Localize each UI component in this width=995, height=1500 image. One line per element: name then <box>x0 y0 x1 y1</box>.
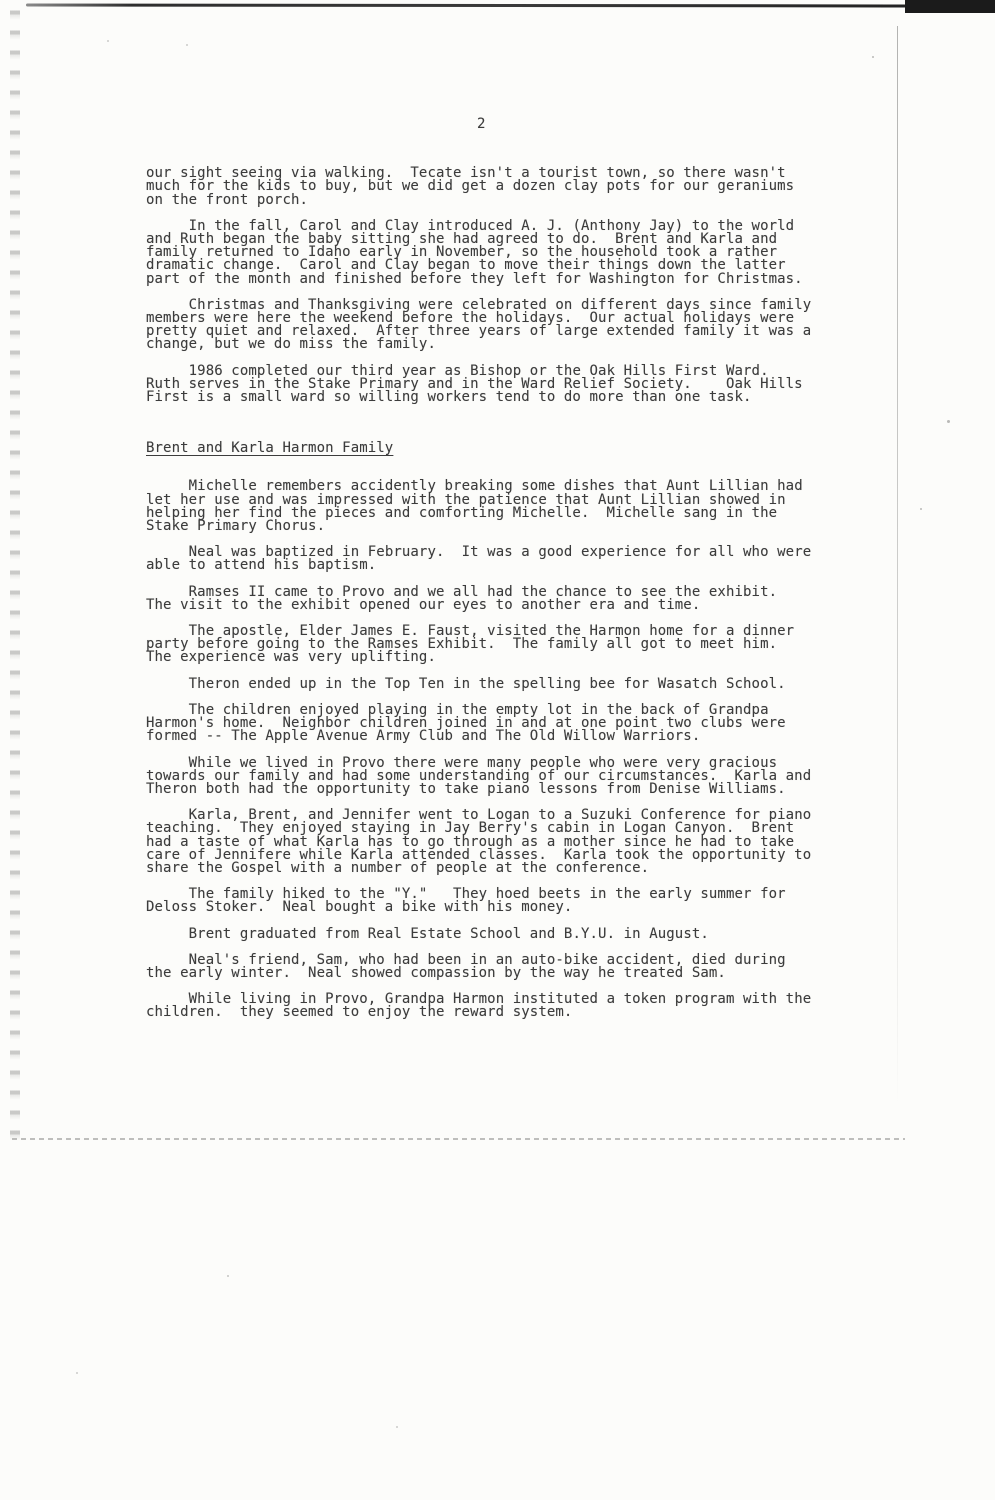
paragraph: The family hiked to the "Y." They hoed b… <box>146 888 891 914</box>
scanned-document-page: 2 our sight seeing via walking. Tecate i… <box>0 0 995 1500</box>
paragraph: The apostle, Elder James E. Faust, visit… <box>146 625 891 665</box>
scan-speck <box>872 56 874 58</box>
scan-speck <box>396 1426 398 1428</box>
paragraph: While living in Provo, Grandpa Harmon in… <box>146 993 891 1019</box>
scanner-edge-corner <box>905 0 995 13</box>
scan-speck <box>186 44 188 46</box>
scan-speck <box>107 40 109 42</box>
paragraph: Christmas and Thanksgiving were celebrat… <box>146 299 891 352</box>
scanner-edge-line <box>26 4 906 8</box>
paragraph: Neal was baptized in February. It was a … <box>146 546 891 572</box>
paragraph: Karla, Brent, and Jennifer went to Logan… <box>146 809 891 875</box>
scan-speck <box>947 420 950 423</box>
left-perforation-marks <box>10 0 20 1140</box>
paragraph: While we lived in Provo there were many … <box>146 757 891 797</box>
paragraph: Ramses II came to Provo and we all had t… <box>146 586 891 612</box>
paragraph: Theron ended up in the Top Ten in the sp… <box>146 678 891 691</box>
paragraph: The children enjoyed playing in the empt… <box>146 704 891 744</box>
scan-speck <box>76 1372 78 1374</box>
paper-right-edge <box>897 26 898 1106</box>
scan-speck <box>920 508 922 510</box>
paragraph: In the fall, Carol and Clay introduced A… <box>146 220 891 286</box>
perforation-tear-line <box>12 1138 905 1140</box>
paragraph: Michelle remembers accidently breaking s… <box>146 480 891 533</box>
paragraph: Brent graduated from Real Estate School … <box>146 928 891 941</box>
typewritten-text-block: 2 our sight seeing via walking. Tecate i… <box>146 118 891 1033</box>
section-heading: Brent and Karla Harmon Family <box>146 442 891 455</box>
paragraph: our sight seeing via walking. Tecate isn… <box>146 167 891 207</box>
paragraph: Neal's friend, Sam, who had been in an a… <box>146 954 891 980</box>
paragraph: 1986 completed our third year as Bishop … <box>146 365 891 405</box>
scan-speck <box>227 1275 229 1277</box>
page-number: 2 <box>146 118 891 131</box>
